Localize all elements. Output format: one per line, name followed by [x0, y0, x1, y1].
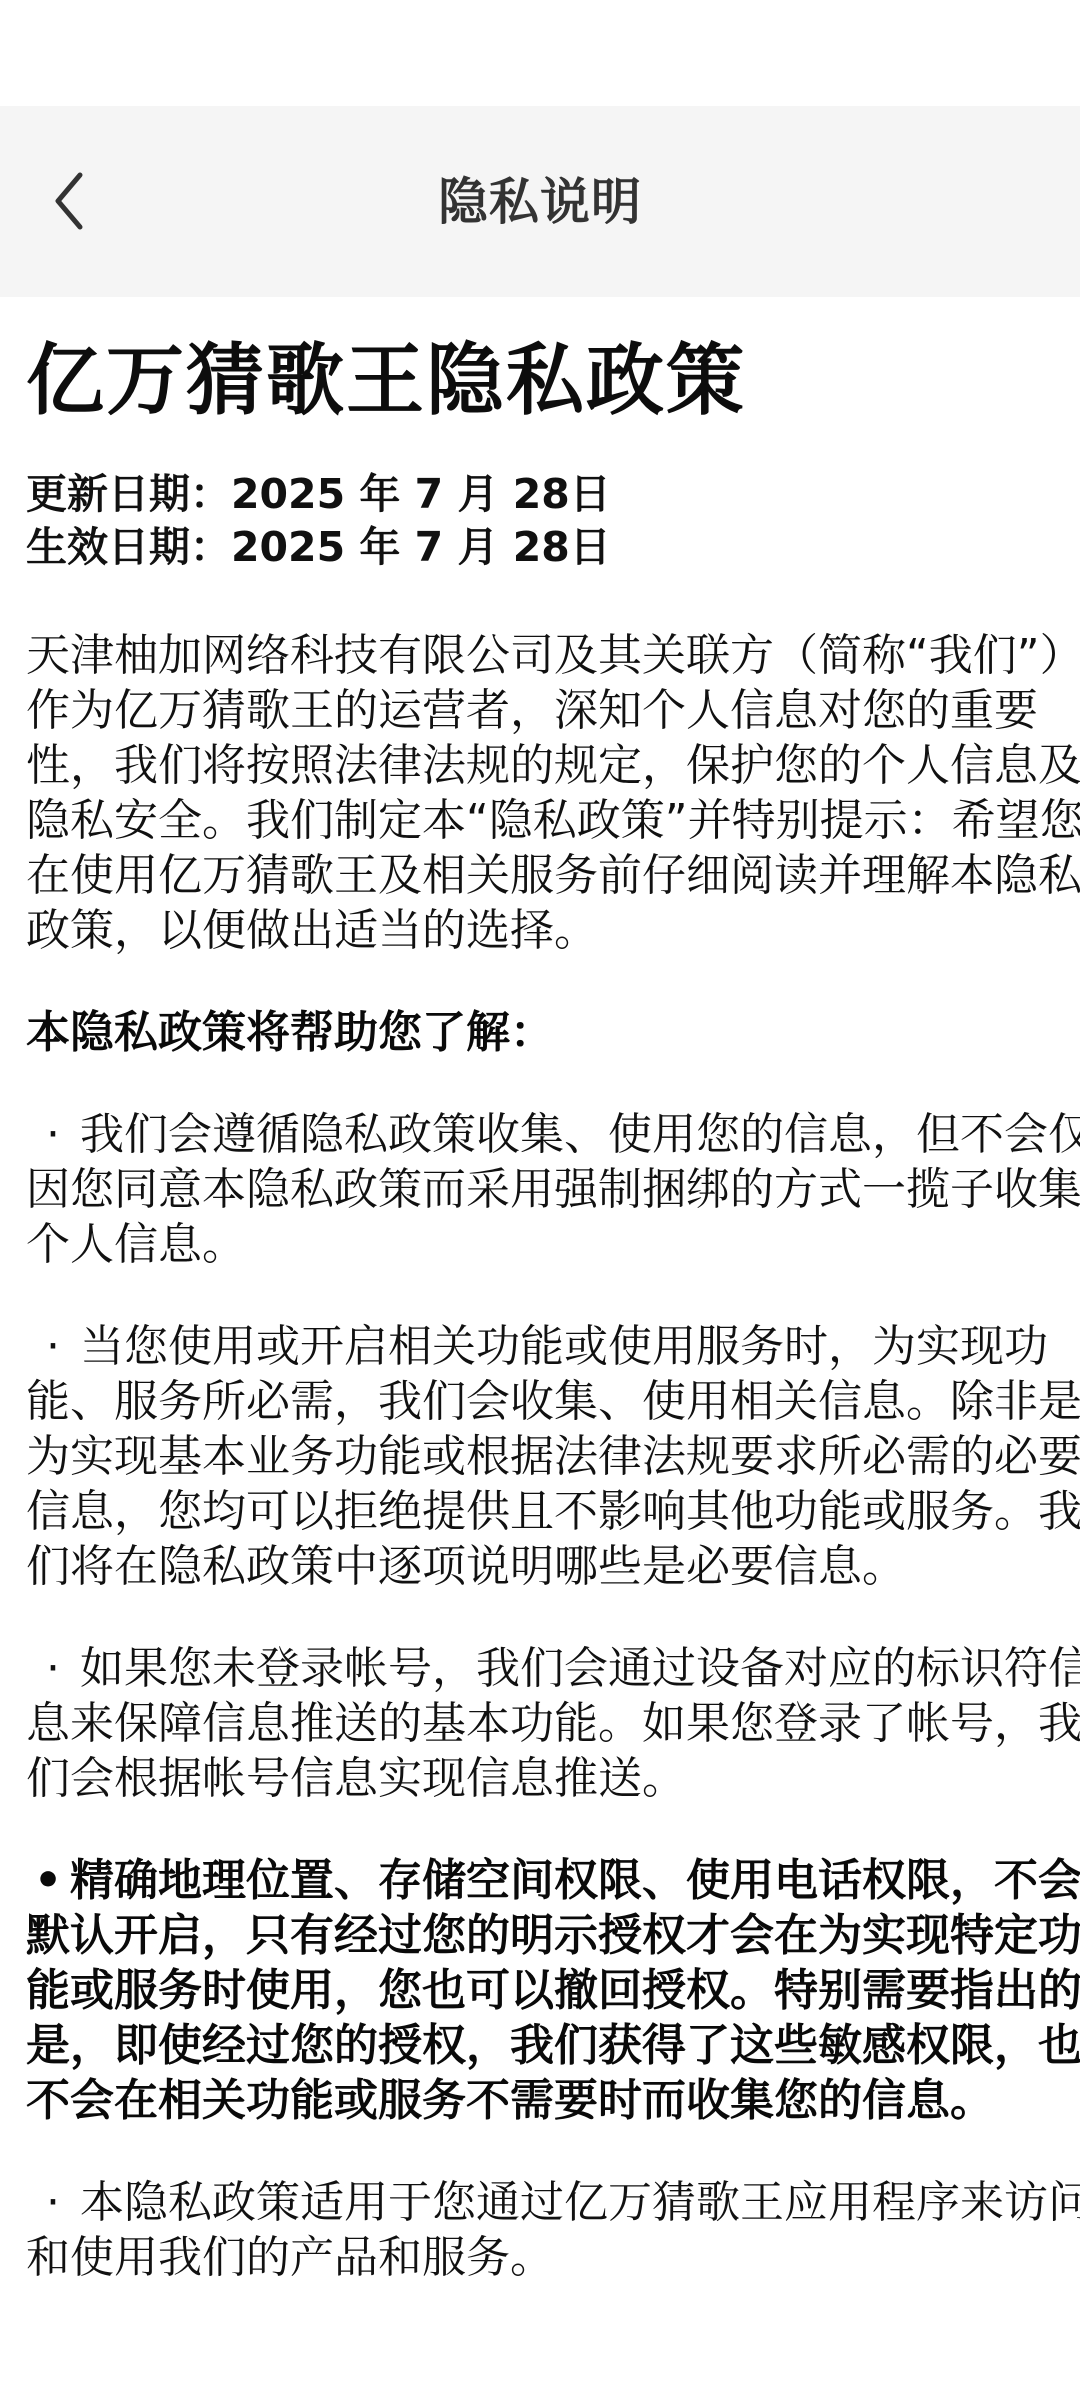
- text-line: 作为亿万猜歌王的运营者，深知个人信息对您的重要: [26, 683, 1056, 738]
- text-line: 息来保障信息推送的基本功能。如果您登录了帐号，我: [26, 1696, 1056, 1751]
- text-line: 们将在隐私政策中逐项说明哪些是必要信息。: [26, 1539, 1056, 1594]
- date-block: 更新日期：2025 年 7 月 28日 生效日期：2025 年 7 月 28日: [26, 468, 1056, 574]
- document-title: 亿万猜歌王隐私政策: [26, 326, 1056, 436]
- status-bar: [0, 0, 1080, 106]
- bullet-item: ·如果您未登录帐号，我们会通过设备对应的标识符信 息来保障信息推送的基本功能。如…: [26, 1641, 1056, 1806]
- text-line: 天津柚加网络科技有限公司及其关联方（简称“我们”）: [26, 628, 1056, 683]
- text-line: 们会根据帐号信息实现信息推送。: [26, 1751, 1056, 1806]
- section-heading-text: 本隐私政策将帮助您了解：: [26, 1005, 1056, 1060]
- bullet-icon: •: [26, 1853, 70, 1908]
- text-line: 不会在相关功能或服务不需要时而收集您的信息。: [26, 2073, 1056, 2128]
- text-line: 能、服务所必需，我们会收集、使用相关信息。除非是: [26, 1374, 1056, 1429]
- bullet-text: 当您使用或开启相关功能或使用服务时，为实现功: [80, 1321, 1048, 1372]
- text-line: 政策，以便做出适当的选择。: [26, 903, 1056, 958]
- bullet-icon: ·: [26, 2175, 80, 2230]
- text-line: 个人信息。: [26, 1217, 1056, 1272]
- text-line: 默认开启，只有经过您的明示授权才会在为实现特定功: [26, 1908, 1056, 1963]
- bullet-icon: ·: [26, 1641, 80, 1696]
- bullet-text: 精确地理位置、存储空间权限、使用电话权限，不会: [70, 1855, 1080, 1906]
- text-line: 为实现基本业务功能或根据法律法规要求所必需的必要: [26, 1429, 1056, 1484]
- text-line: 因您同意本隐私政策而采用强制捆绑的方式一揽子收集: [26, 1162, 1056, 1217]
- bullet-item: ·本隐私政策适用于您通过亿万猜歌王应用程序来访问 和使用我们的产品和服务。: [26, 2175, 1056, 2285]
- text-line: 是，即使经过您的授权，我们获得了这些敏感权限，也: [26, 2018, 1056, 2073]
- bullet-icon: ·: [26, 1319, 80, 1374]
- bullet-item: ·我们会遵循隐私政策收集、使用您的信息，但不会仅 因您同意本隐私政策而采用强制捆…: [26, 1107, 1056, 1272]
- text-line: ·我们会遵循隐私政策收集、使用您的信息，但不会仅: [26, 1107, 1056, 1162]
- text-line: ·本隐私政策适用于您通过亿万猜歌王应用程序来访问: [26, 2175, 1056, 2230]
- bullet-icon: ·: [26, 1107, 80, 1162]
- text-line: 和使用我们的产品和服务。: [26, 2230, 1056, 2285]
- navigation-bar: 隐私说明: [0, 106, 1080, 297]
- bullet-item-emphasized: •精确地理位置、存储空间权限、使用电话权限，不会 默认开启，只有经过您的明示授权…: [26, 1853, 1056, 2128]
- text-line: 能或服务时使用，您也可以撤回授权。特别需要指出的: [26, 1963, 1056, 2018]
- bullet-text: 我们会遵循隐私政策收集、使用您的信息，但不会仅: [80, 1109, 1080, 1160]
- page-title: 隐私说明: [0, 174, 1080, 230]
- bullet-text: 如果您未登录帐号，我们会通过设备对应的标识符信: [80, 1643, 1080, 1694]
- text-line: 性，我们将按照法律法规的规定，保护您的个人信息及: [26, 738, 1056, 793]
- bullet-text: 本隐私政策适用于您通过亿万猜歌王应用程序来访问: [80, 2177, 1080, 2228]
- bullet-item: ·当您使用或开启相关功能或使用服务时，为实现功 能、服务所必需，我们会收集、使用…: [26, 1319, 1056, 1594]
- updated-date: 更新日期：2025 年 7 月 28日: [26, 468, 1056, 521]
- intro-paragraph: 天津柚加网络科技有限公司及其关联方（简称“我们”） 作为亿万猜歌王的运营者，深知…: [26, 628, 1056, 958]
- text-line: •精确地理位置、存储空间权限、使用电话权限，不会: [26, 1853, 1056, 1908]
- text-line: 隐私安全。我们制定本“隐私政策”并特别提示：希望您: [26, 793, 1056, 848]
- section-heading: 本隐私政策将帮助您了解：: [26, 1005, 1056, 1060]
- text-line: ·当您使用或开启相关功能或使用服务时，为实现功: [26, 1319, 1056, 1374]
- policy-content: 亿万猜歌王隐私政策 更新日期：2025 年 7 月 28日 生效日期：2025 …: [26, 326, 1056, 2285]
- text-line: ·如果您未登录帐号，我们会通过设备对应的标识符信: [26, 1641, 1056, 1696]
- effective-date: 生效日期：2025 年 7 月 28日: [26, 521, 1056, 574]
- text-line: 信息，您均可以拒绝提供且不影响其他功能或服务。我: [26, 1484, 1056, 1539]
- text-line: 在使用亿万猜歌王及相关服务前仔细阅读并理解本隐私: [26, 848, 1056, 903]
